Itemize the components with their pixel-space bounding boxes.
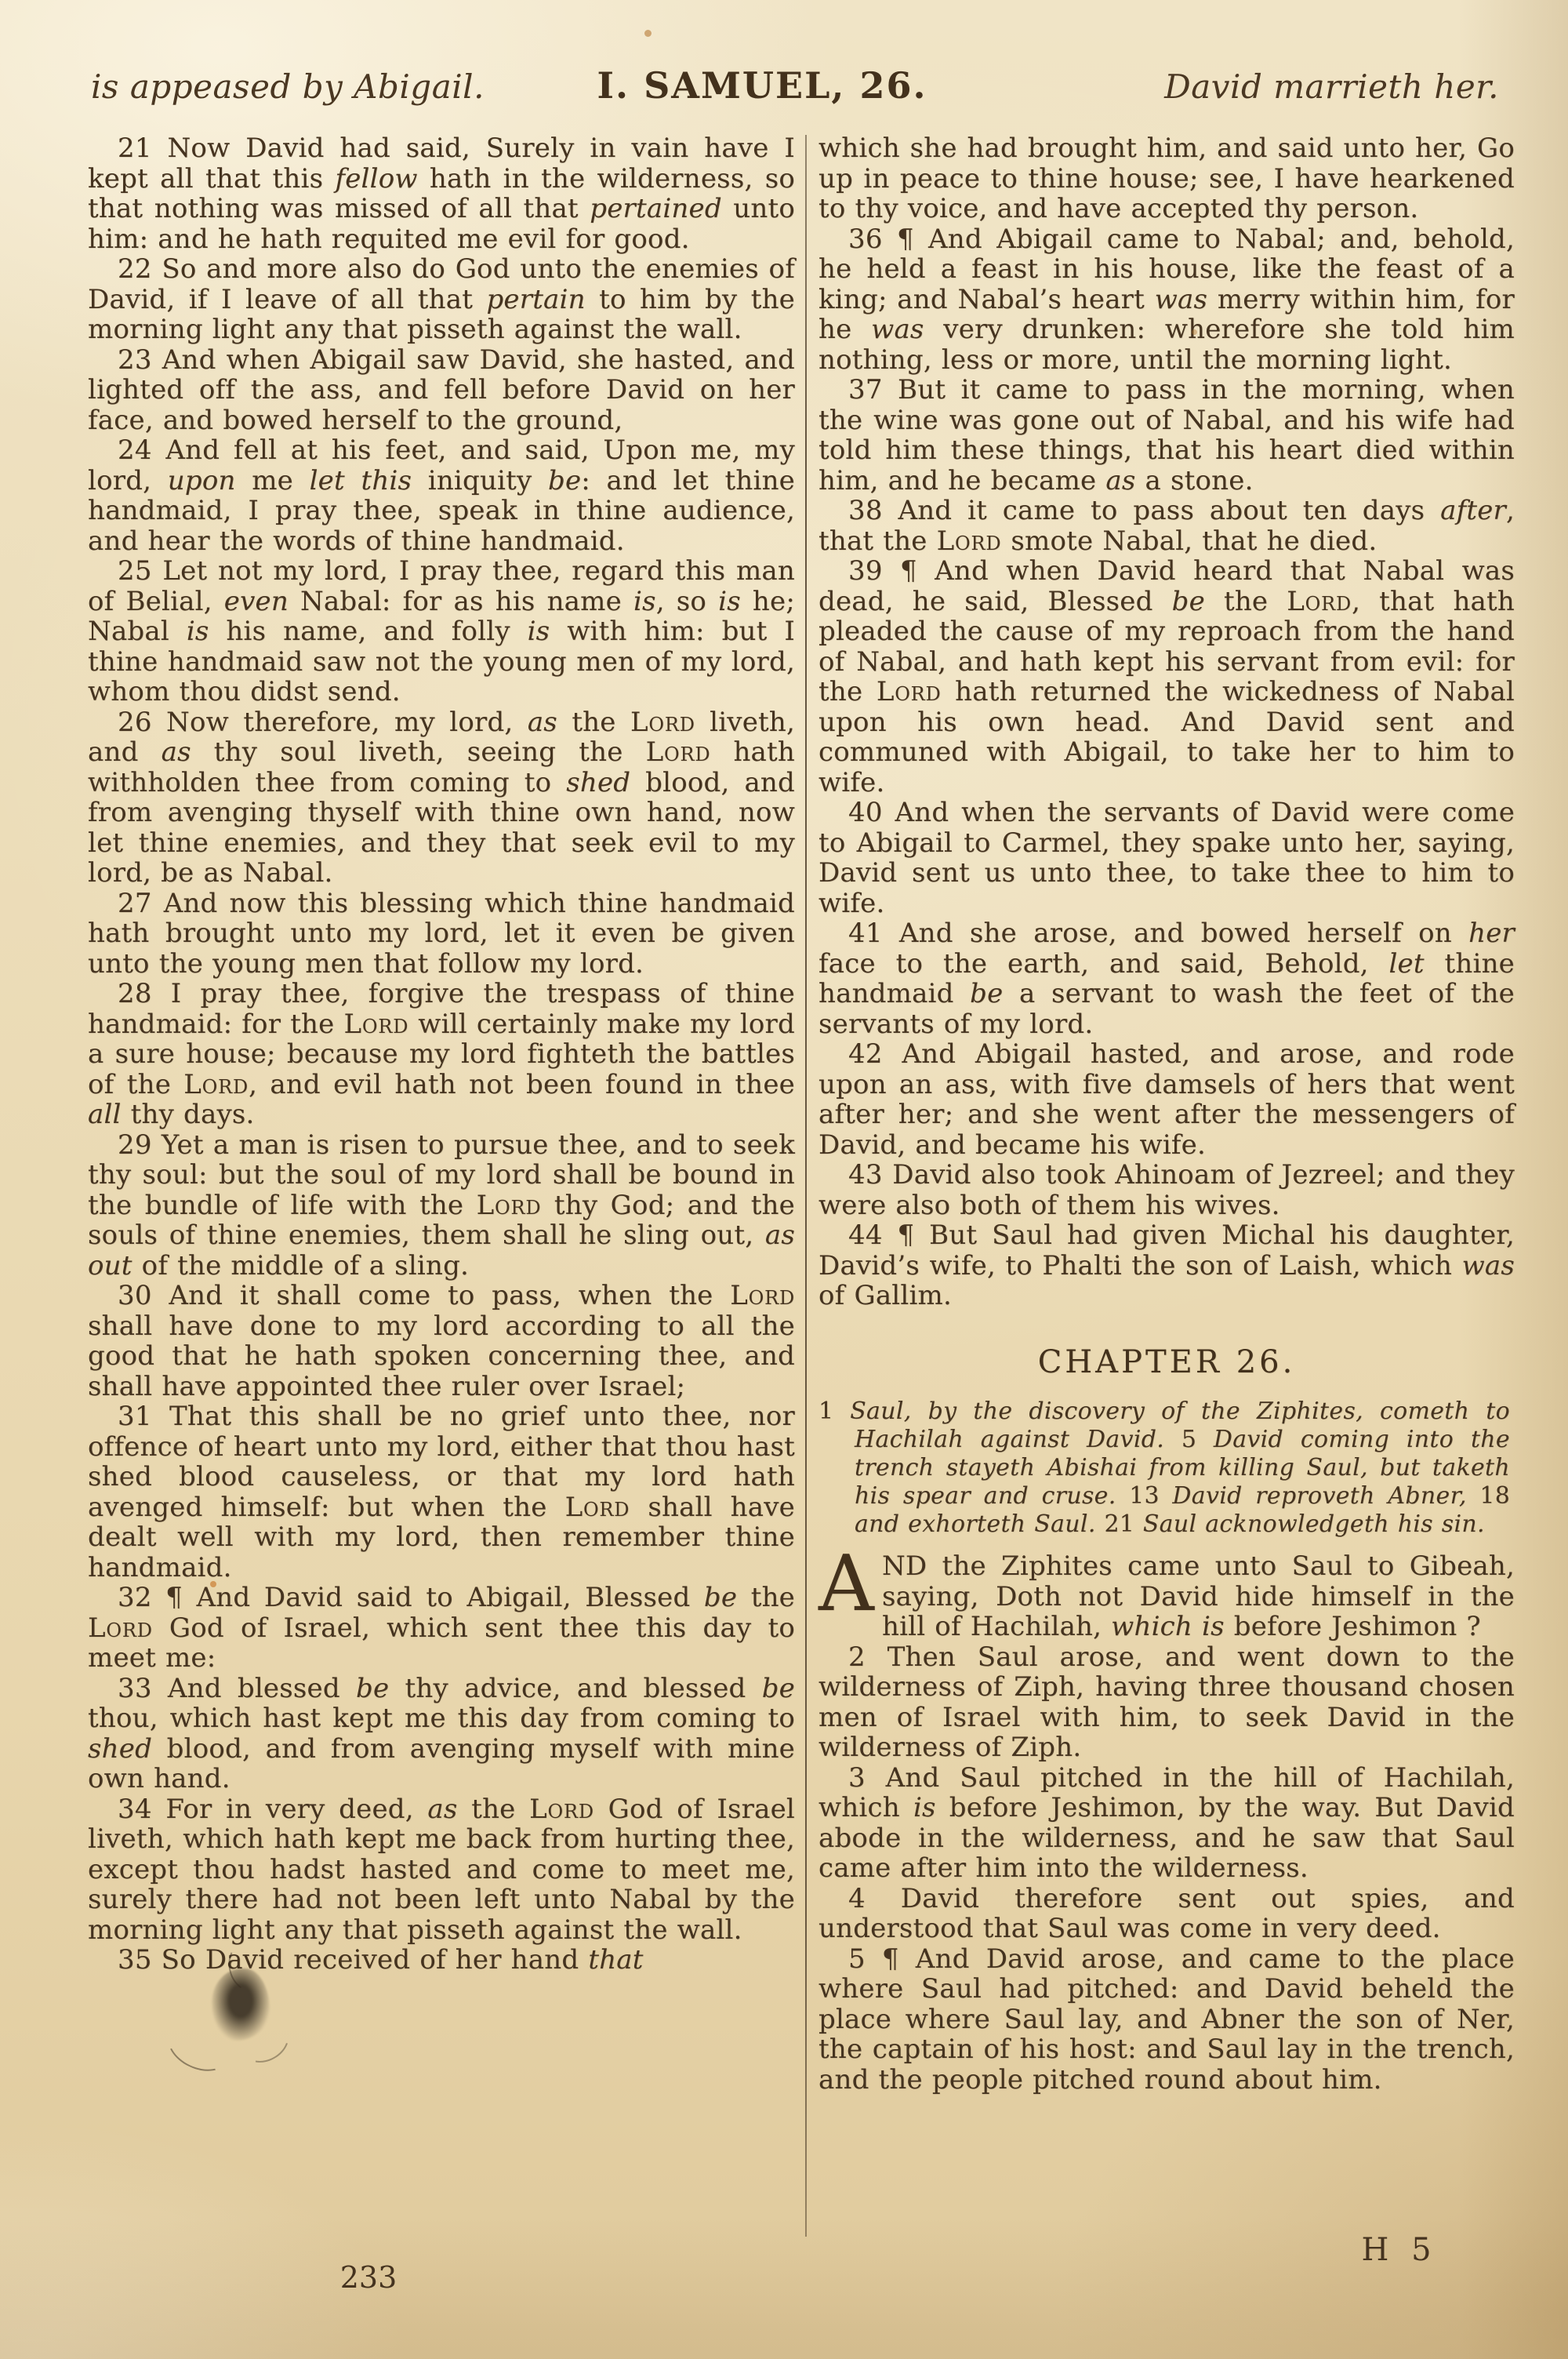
verse-number: 33 bbox=[118, 1673, 168, 1704]
italic-supplied-word: is bbox=[913, 1792, 936, 1823]
verse-number: 44 bbox=[848, 1219, 897, 1251]
verse-paragraph: 37 But it came to pass in the morning, w… bbox=[818, 375, 1515, 496]
small-caps-lord: Lord bbox=[183, 1069, 249, 1100]
text-run: David also took Ahinoam of Jezreel; and … bbox=[818, 1159, 1515, 1221]
italic-supplied-word: is bbox=[528, 616, 550, 647]
text-run: And it came to pass about ten days bbox=[898, 495, 1440, 526]
scanned-bible-page: is appeased by Abigail. I. SAMUEL, 26. D… bbox=[0, 0, 1568, 2359]
verse-paragraph: 26 Now therefore, my lord, as the Lord l… bbox=[88, 707, 795, 889]
verse-paragraph: AND the Ziphites came unto Saul to Gibea… bbox=[818, 1551, 1515, 1642]
verse-paragraph: 36 ¶ And Abigail came to Nabal; and, beh… bbox=[818, 224, 1515, 376]
text-run: Then Saul arose, and went down to the wi… bbox=[818, 1641, 1515, 1764]
verse-number: 23 bbox=[118, 344, 162, 376]
verse-paragraph: 24 And fell at his feet, and said, Upon … bbox=[88, 435, 795, 556]
italic-supplied-word: and exhorteth Saul. bbox=[855, 1510, 1105, 1538]
verse-paragraph: 39 ¶ And when David heard that Nabal was… bbox=[818, 556, 1515, 798]
text-run: 21 bbox=[1105, 1510, 1143, 1538]
text-run: thou, which hast kept me this day from c… bbox=[88, 1703, 795, 1734]
text-run: his name, and folly bbox=[209, 616, 528, 647]
text-run: So David received of her hand bbox=[162, 1944, 589, 1976]
paper-speck bbox=[1192, 329, 1197, 335]
verse-number: 31 bbox=[118, 1401, 169, 1432]
italic-supplied-word: pertained bbox=[590, 193, 722, 224]
italic-supplied-word: be bbox=[356, 1673, 389, 1704]
text-run: smote Nabal, that he died. bbox=[1001, 525, 1377, 557]
italic-supplied-word: pertain bbox=[486, 284, 585, 315]
verse-paragraph: 2 Then Saul arose, and went down to the … bbox=[818, 1642, 1515, 1763]
italic-supplied-word: fellow bbox=[335, 163, 417, 194]
italic-supplied-word: even bbox=[224, 586, 289, 617]
italic-supplied-word: shed bbox=[88, 1733, 152, 1765]
text-run: of the middle of a sling. bbox=[132, 1250, 469, 1281]
verse-paragraph: 27 And now this blessing which thine han… bbox=[88, 889, 795, 980]
italic-supplied-word: all bbox=[88, 1099, 122, 1130]
paper-speck bbox=[644, 30, 652, 37]
italic-supplied-word: Saul acknowledgeth his sin. bbox=[1143, 1510, 1485, 1538]
text-run: 13 bbox=[1129, 1482, 1172, 1510]
italic-supplied-word: be bbox=[704, 1582, 737, 1613]
text-run: the bbox=[737, 1582, 795, 1613]
text-run: before Jeshimon ? bbox=[1225, 1611, 1481, 1642]
verse-number: 28 bbox=[118, 978, 171, 1009]
italic-supplied-word: shed bbox=[566, 767, 630, 798]
signature-mark: H 5 bbox=[1333, 2232, 1466, 2268]
text-run: 18 bbox=[1479, 1482, 1510, 1510]
text-run: a stone. bbox=[1136, 465, 1254, 496]
italic-supplied-word: was bbox=[1155, 284, 1207, 315]
verse-paragraph: 30 And it shall come to pass, when the L… bbox=[88, 1281, 795, 1401]
verse-paragraph: 29 Yet a man is risen to pursue thee, an… bbox=[88, 1130, 795, 1281]
text-column-right: which she had brought him, and said unto… bbox=[818, 133, 1515, 2095]
small-caps-lord: Lord bbox=[730, 1280, 795, 1311]
verse-number: 40 bbox=[848, 797, 895, 828]
text-run: For in very deed, bbox=[165, 1794, 427, 1825]
chapter-heading: CHAPTER 26. bbox=[818, 1347, 1515, 1378]
verse-paragraph: 3 And Saul pitched in the hill of Hachil… bbox=[818, 1763, 1515, 1884]
verse-number: 36 bbox=[848, 224, 897, 255]
verse-paragraph: 34 For in very deed, as the Lord God of … bbox=[88, 1794, 795, 1946]
text-run: 1 bbox=[818, 1398, 850, 1425]
italic-supplied-word: David reproveth Abner, bbox=[1172, 1482, 1479, 1510]
column-divider-rule bbox=[805, 135, 807, 2237]
verse-paragraph: 31 That this shall be no grief unto thee… bbox=[88, 1401, 795, 1583]
italic-supplied-word: be bbox=[1172, 586, 1205, 617]
italic-supplied-word: is bbox=[718, 586, 741, 617]
verse-paragraph: 22 So and more also do God unto the enem… bbox=[88, 254, 795, 345]
verse-number: 27 bbox=[118, 888, 164, 919]
text-run: 5 bbox=[1181, 1426, 1214, 1453]
text-run: face to the earth, and said, Behold, bbox=[818, 948, 1388, 980]
text-run: iniquity bbox=[412, 465, 548, 496]
italic-supplied-word: as bbox=[162, 736, 191, 768]
italic-supplied-word: let this bbox=[310, 465, 412, 496]
italic-supplied-word: which is bbox=[1111, 1611, 1225, 1642]
italic-supplied-word: was bbox=[871, 314, 924, 345]
verse-number: 29 bbox=[118, 1129, 162, 1161]
drop-cap: A bbox=[818, 1551, 882, 1616]
italic-supplied-word: as bbox=[528, 707, 557, 738]
verse-number: 5 bbox=[848, 1943, 882, 1975]
verse-number: 42 bbox=[848, 1038, 902, 1070]
verse-paragraph: 28 I pray thee, forgive the trespass of … bbox=[88, 979, 795, 1130]
text-run: blood, and from avenging myself with min… bbox=[88, 1733, 795, 1795]
verse-paragraph: 21 Now David had said, Surely in vain ha… bbox=[88, 133, 795, 254]
text-run: the bbox=[458, 1794, 530, 1825]
text-run: ¶ And David said to Abigail, Blessed bbox=[165, 1582, 704, 1613]
text-run: thy days. bbox=[122, 1099, 255, 1130]
verse-paragraph: 33 And blessed be thy advice, and blesse… bbox=[88, 1674, 795, 1794]
italic-supplied-word: upon bbox=[168, 465, 236, 496]
small-caps-lord: Lord bbox=[937, 525, 1002, 557]
text-run: Now therefore, my lord, bbox=[166, 707, 528, 738]
text-run: thy soul liveth, seeing the bbox=[191, 736, 646, 768]
text-run: which she had brought him, and said unto… bbox=[818, 133, 1515, 224]
small-caps-lord: Lord bbox=[646, 736, 711, 768]
verse-number: 22 bbox=[118, 253, 162, 285]
text-run: And Abigail hasted, and arose, and rode … bbox=[818, 1038, 1515, 1161]
text-run: And when Abigail saw David, she hasted, … bbox=[88, 344, 795, 436]
text-run: And she arose, and bowed herself on bbox=[899, 918, 1468, 949]
small-caps-lord: Lord bbox=[565, 1492, 630, 1523]
text-run: me bbox=[236, 465, 310, 496]
verse-number: 25 bbox=[118, 555, 162, 587]
verse-number: 2 bbox=[848, 1641, 887, 1673]
italic-supplied-word: that bbox=[588, 1944, 643, 1976]
hair-strand bbox=[160, 2012, 239, 2081]
verse-number: 32 bbox=[118, 1582, 165, 1613]
text-run: , so bbox=[656, 586, 718, 617]
verse-paragraph: 38 And it came to pass about ten days af… bbox=[818, 496, 1515, 556]
verse-number: 4 bbox=[848, 1883, 901, 1914]
text-run: David therefore sent out spies, and unde… bbox=[818, 1883, 1515, 1945]
italic-supplied-word: as bbox=[1105, 465, 1135, 496]
text-run: And it shall come to pass, when the bbox=[169, 1280, 730, 1311]
text-run: of Gallim. bbox=[818, 1280, 952, 1311]
verse-paragraph: 5 ¶ And David arose, and came to the pla… bbox=[818, 1944, 1515, 2095]
text-run: And blessed bbox=[168, 1673, 356, 1704]
text-run: the bbox=[1205, 586, 1287, 617]
verse-paragraph: 42 And Abigail hasted, and arose, and ro… bbox=[818, 1039, 1515, 1160]
verse-paragraph: 32 ¶ And David said to Abigail, Blessed … bbox=[88, 1583, 795, 1674]
running-head-right: David marrieth her. bbox=[1164, 67, 1499, 106]
text-run: , and evil hath not been found in thee bbox=[249, 1069, 795, 1100]
verse-number: 21 bbox=[118, 133, 167, 164]
verse-paragraph: 43 David also took Ahinoam of Jezreel; a… bbox=[818, 1160, 1515, 1220]
italic-supplied-word: her bbox=[1468, 918, 1515, 949]
verse-paragraph: 40 And when the servants of David were c… bbox=[818, 798, 1515, 918]
small-caps-lord: Lord bbox=[529, 1794, 594, 1825]
small-caps-lord: Lord bbox=[1287, 586, 1352, 617]
text-run: And when the servants of David were come… bbox=[818, 797, 1515, 919]
italic-supplied-word: let bbox=[1388, 948, 1424, 980]
verse-paragraph: 41 And she arose, and bowed herself on h… bbox=[818, 918, 1515, 1039]
verse-paragraph: 35 So David received of her hand that bbox=[88, 1945, 795, 1976]
hair-strand bbox=[234, 2012, 296, 2070]
verse-number: 38 bbox=[848, 495, 898, 526]
small-caps-lord: Lord bbox=[630, 707, 695, 738]
text-column-left: 21 Now David had said, Surely in vain ha… bbox=[88, 133, 795, 1976]
verse-number: 3 bbox=[848, 1762, 886, 1794]
small-caps-lord: Lord bbox=[344, 1009, 409, 1040]
italic-supplied-word: is bbox=[633, 586, 656, 617]
text-run: shall have done to my lord according to … bbox=[88, 1310, 795, 1402]
italic-supplied-word: after bbox=[1440, 495, 1506, 526]
verse-number: 35 bbox=[118, 1944, 162, 1976]
verse-paragraph: 4 David therefore sent out spies, and un… bbox=[818, 1884, 1515, 1944]
italic-supplied-word: was bbox=[1462, 1250, 1515, 1281]
italic-supplied-word: be bbox=[762, 1673, 795, 1704]
small-caps-lord: Lord bbox=[877, 676, 942, 707]
text-run: And now this blessing which thine handma… bbox=[88, 888, 795, 980]
text-run: thy advice, and blessed bbox=[389, 1673, 761, 1704]
verse-number: 43 bbox=[848, 1159, 892, 1190]
verse-number: 37 bbox=[848, 374, 898, 405]
verse-number: 34 bbox=[118, 1794, 165, 1825]
italic-supplied-word: as bbox=[427, 1794, 457, 1825]
text-run: Nabal: for as his name bbox=[289, 586, 633, 617]
verse-number: 39 bbox=[848, 555, 900, 587]
ink-smudge-blob bbox=[212, 1968, 270, 2041]
italic-supplied-word: be bbox=[548, 465, 581, 496]
verse-number: 30 bbox=[118, 1280, 169, 1311]
text-run: the bbox=[557, 707, 630, 738]
text-run: ¶ And David arose, and came to the place… bbox=[818, 1943, 1515, 2095]
page-number: 233 bbox=[314, 2260, 423, 2295]
small-caps-lord: Lord bbox=[88, 1612, 153, 1644]
verse-paragraph: which she had brought him, and said unto… bbox=[818, 133, 1515, 224]
small-caps-lord: Lord bbox=[477, 1190, 542, 1221]
verse-paragraph: 23 And when Abigail saw David, she haste… bbox=[88, 345, 795, 436]
italic-supplied-word: be bbox=[970, 978, 1003, 1009]
verse-number: 41 bbox=[848, 918, 899, 949]
verse-number: 26 bbox=[118, 707, 166, 738]
text-run: ¶ But Saul had given Michal his daughter… bbox=[818, 1219, 1515, 1281]
paper-speck bbox=[210, 1581, 216, 1587]
verse-paragraph: 25 Let not my lord, I pray thee, regard … bbox=[88, 556, 795, 707]
verse-paragraph: 44 ¶ But Saul had given Michal his daugh… bbox=[818, 1220, 1515, 1311]
chapter-summary: 1 Saul, by the discovery of the Ziphites… bbox=[818, 1398, 1510, 1539]
italic-supplied-word: is bbox=[187, 616, 209, 647]
text-run: God of Israel, which sent thee this day … bbox=[88, 1612, 795, 1674]
verse-number: 24 bbox=[118, 434, 165, 466]
